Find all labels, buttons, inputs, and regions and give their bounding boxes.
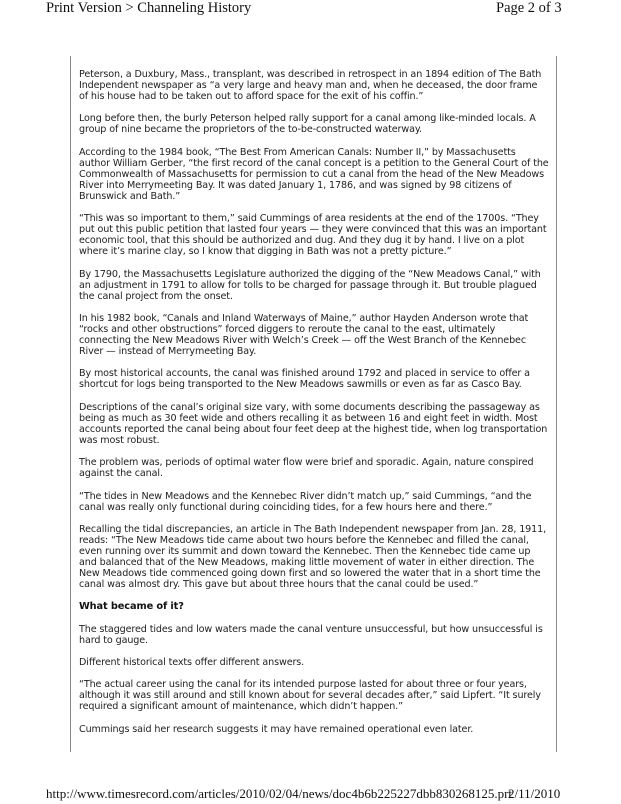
paragraph: According to the 1984 book, “The Best Fr… [79, 147, 549, 202]
section-subheading: What became of it? [79, 601, 549, 612]
paragraph: “The tides in New Meadows and the Kenneb… [79, 491, 549, 513]
paragraph: Descriptions of the canal’s original siz… [79, 402, 549, 446]
print-header-title: Print Version > Channeling History [46, 0, 251, 17]
page-indicator: Page 2 of 3 [496, 0, 562, 17]
paragraph: Long before then, the burly Peterson hel… [79, 113, 549, 135]
footer-date: 2/11/2010 [508, 786, 560, 802]
paragraph: Different historical texts offer differe… [79, 657, 549, 668]
article-body: Peterson, a Duxbury, Mass., transplant, … [79, 69, 549, 746]
paragraph: The problem was, periods of optimal wate… [79, 457, 549, 479]
paragraph: Peterson, a Duxbury, Mass., transplant, … [79, 69, 549, 102]
paragraph: Cummings said her research suggests it m… [79, 724, 549, 735]
footer-url: http://www.timesrecord.com/articles/2010… [46, 786, 512, 802]
paragraph: “The actual career using the canal for i… [79, 679, 549, 712]
paragraph: Recalling the tidal discrepancies, an ar… [79, 524, 549, 590]
paragraph: By most historical accounts, the canal w… [79, 368, 549, 390]
paragraph: The staggered tides and low waters made … [79, 624, 549, 646]
paragraph: In his 1982 book, “Canals and Inland Wat… [79, 313, 549, 357]
paragraph: “This was so important to them,” said Cu… [79, 213, 549, 257]
paragraph: By 1790, the Massachusetts Legislature a… [79, 269, 549, 302]
